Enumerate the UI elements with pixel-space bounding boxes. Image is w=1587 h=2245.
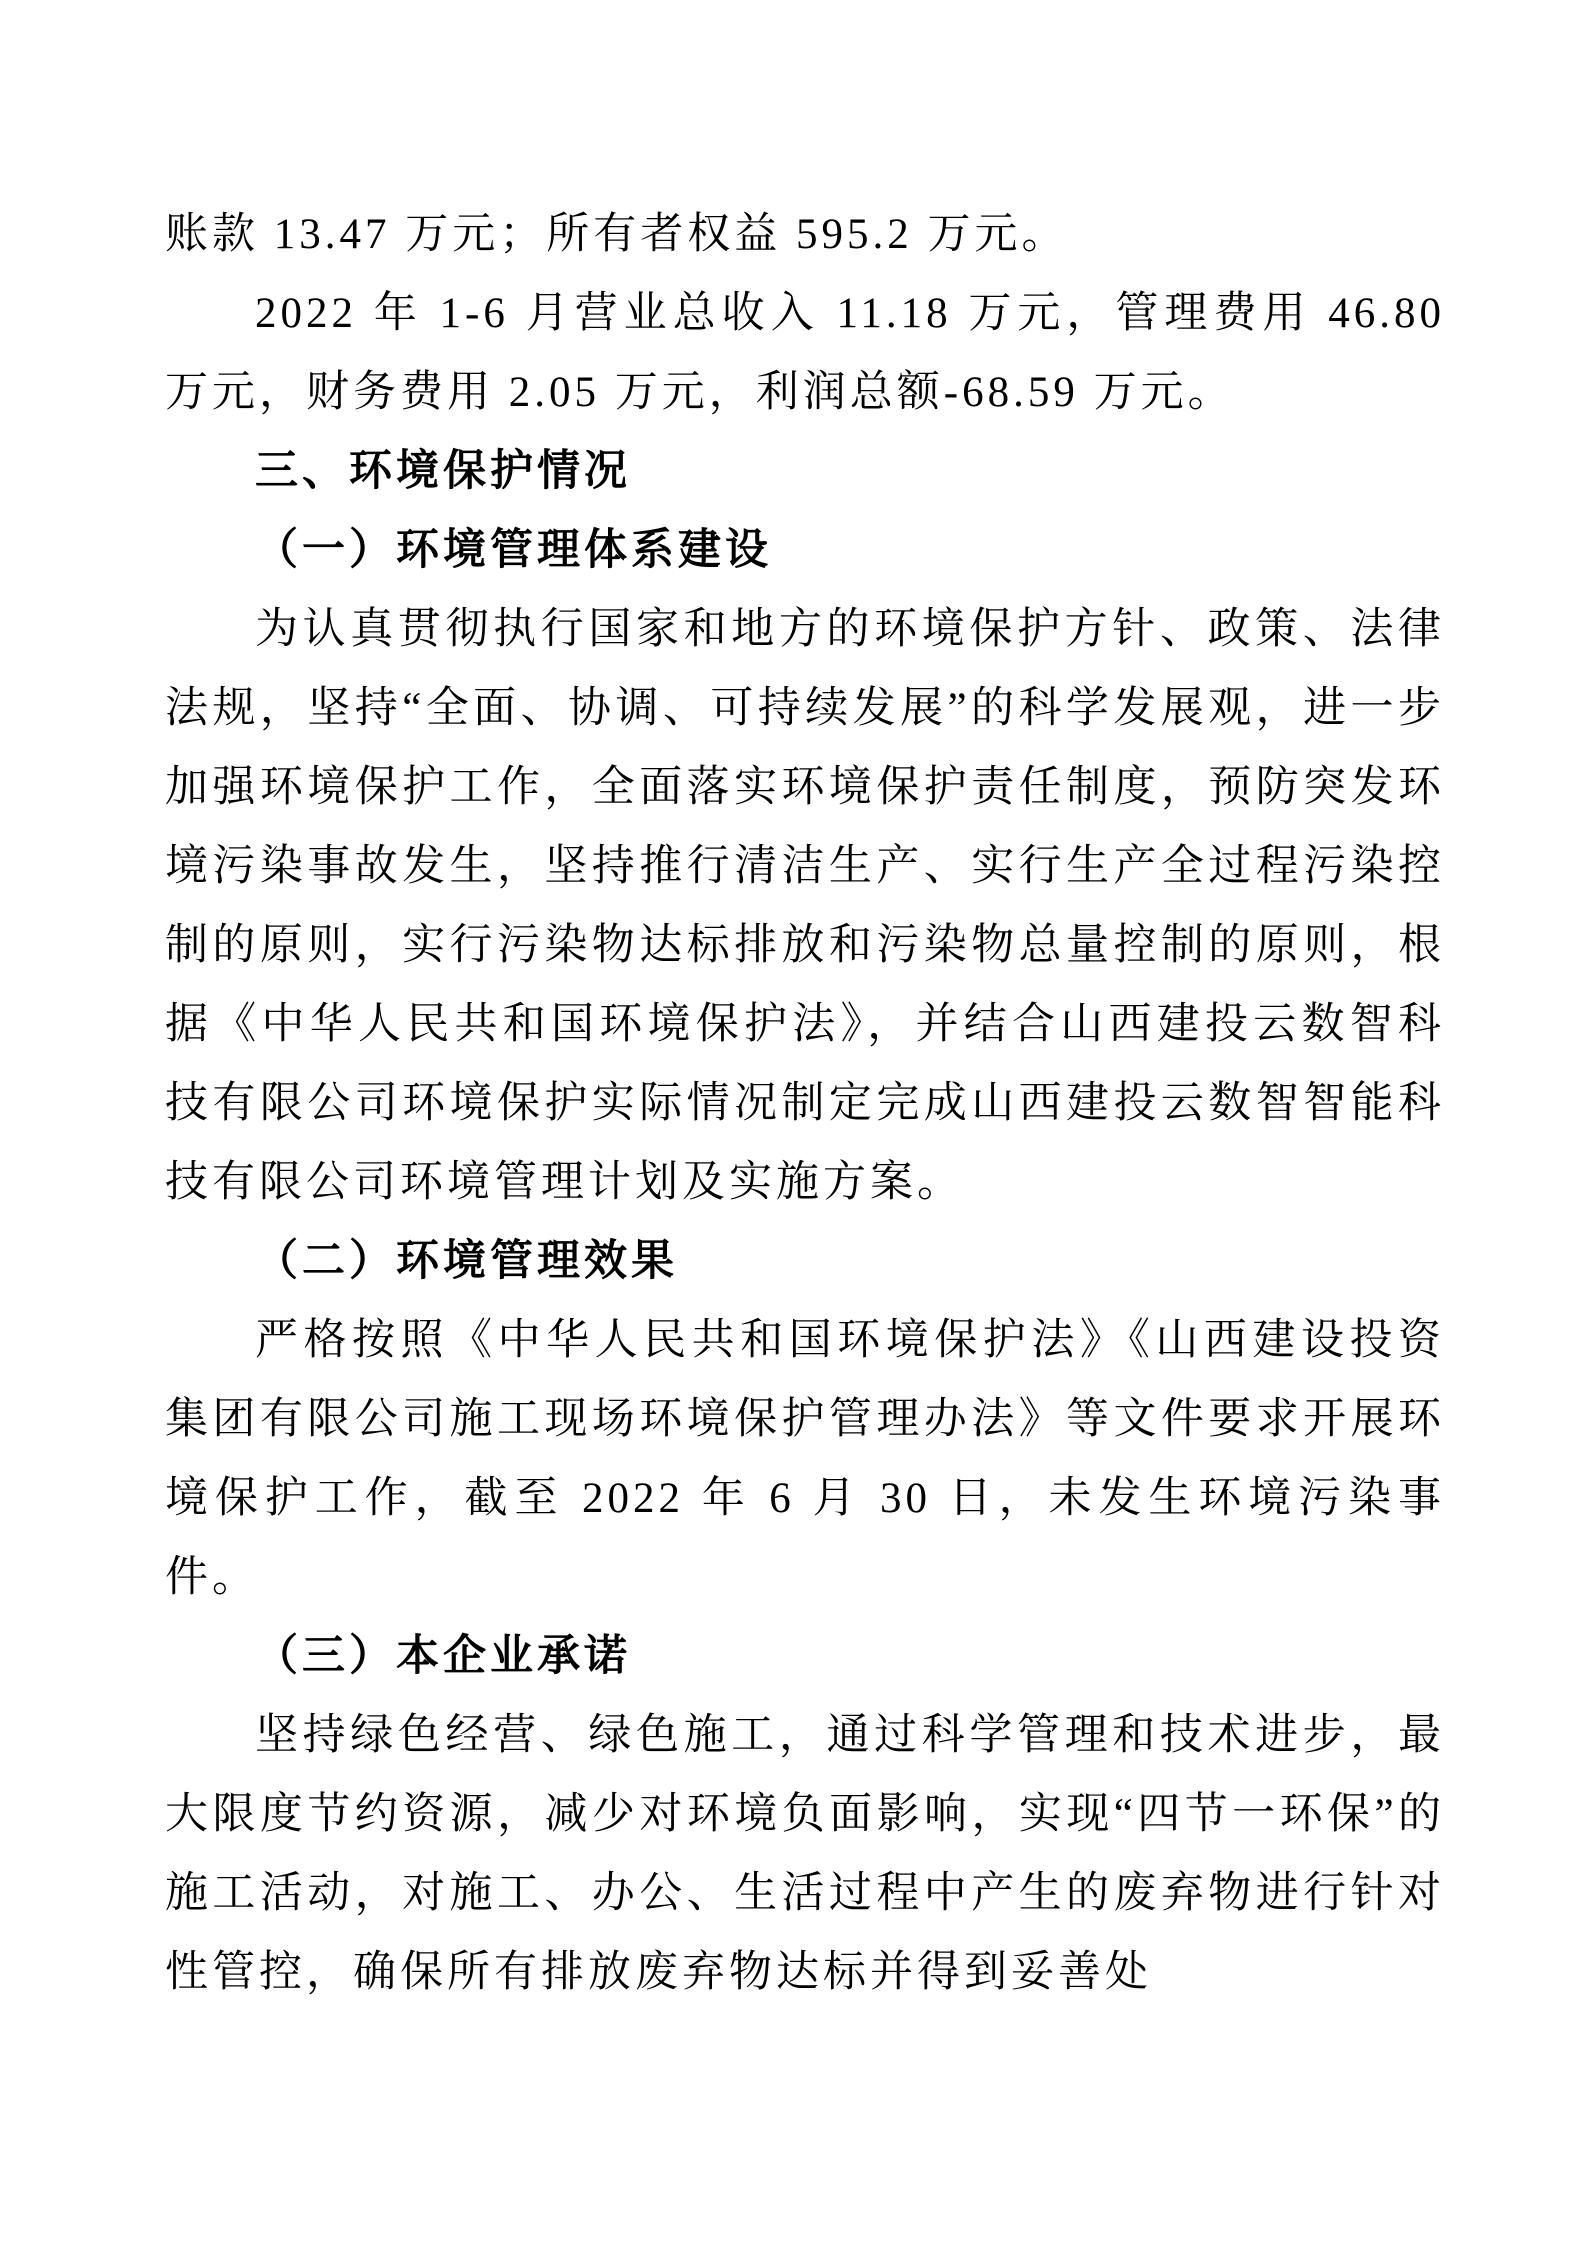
section-heading-environment: 三、环境保护情况 (165, 432, 1445, 511)
document-page: 账款 13.47 万元；所有者权益 595.2 万元。2022 年 1-6 月营… (0, 0, 1587, 2245)
paragraph-finance-2: 2022 年 1-6 月营业总收入 11.18 万元，管理费用 46.80 万元… (165, 274, 1445, 432)
subsection-heading-commitment: （三）本企业承诺 (165, 1617, 1445, 1696)
paragraph-commitment: 坚持绿色经营、绿色施工，通过科学管理和技术进步，最大限度节约资源，减少对环境负面… (165, 1696, 1445, 2012)
subsection-heading-management-effect: （二）环境管理效果 (165, 1222, 1445, 1301)
paragraph-carryover-finance-1: 账款 13.47 万元；所有者权益 595.2 万元。 (165, 195, 1445, 274)
document-body: 账款 13.47 万元；所有者权益 595.2 万元。2022 年 1-6 月营… (165, 195, 1445, 2012)
paragraph-management-effect: 严格按照《中华人民共和国环境保护法》《山西建设投资集团有限公司施工现场环境保护管… (165, 1301, 1445, 1617)
subsection-heading-management-system: （一）环境管理体系建设 (165, 511, 1445, 590)
paragraph-management-system: 为认真贯彻执行国家和地方的环境保护方针、政策、法律法规，坚持“全面、协调、可持续… (165, 590, 1445, 1222)
